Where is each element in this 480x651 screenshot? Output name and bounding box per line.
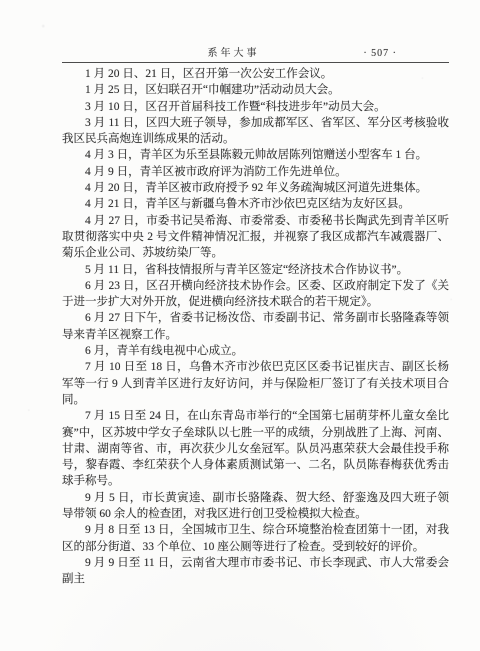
event-entry: 5 月 11 日，省科技情报所与青羊区签定“经济技术合作协议书”。 xyxy=(62,262,449,278)
event-entry: 3 月 10 日，区召开首届科技工作暨“科技进步年”动员大会。 xyxy=(62,99,449,115)
page-header: 系年大事 · 507 · xyxy=(62,44,449,63)
event-entry: 6 月 23 日，区召开横向经济技术协作会。区委、区政府制定下发了《关于进一步扩… xyxy=(62,278,449,311)
event-entry: 1 月 25 日，区妇联召开“巾帼建功”活动动员大会。 xyxy=(62,82,449,98)
event-entry: 4 月 21 日，青羊区与新疆乌鲁木齐市沙依巴克区结为友好区县。 xyxy=(62,196,449,212)
event-entry: 9 月 8 日至 13 日，全国城市卫生、综合环境整治检查团第十一团，对我区的部… xyxy=(62,522,449,555)
page-number: · 507 · xyxy=(363,48,397,59)
running-title: 系年大事 xyxy=(208,44,260,59)
event-entry: 6 月 27 日下午，省委书记杨汝岱、市委副书记、常务副市长骆隆森等领导来青羊区… xyxy=(62,310,449,343)
event-entry: 3 月 11 日，区四大班子领导，参加成都军区、省军区、军分区考核验收我区民兵高… xyxy=(62,115,449,148)
event-entry: 9 月 5 日，市长黄寅逵、副市长骆隆森、贺大经、舒銮逸及四大班子领导带领 60… xyxy=(62,490,449,523)
event-entry: 4 月 27 日，市委书记吴希海、市委常委、市委秘书长陶武先到青羊区听取贯彻落实… xyxy=(62,213,449,262)
event-entry: 1 月 20 日、21 日，区召开第一次公安工作会议。 xyxy=(62,66,449,82)
event-entry: 7 月 15 日至 24 日，在山东青岛市举行的“全国第七届萌芽杯儿童女垒比赛”… xyxy=(62,408,449,489)
event-entry: 4 月 20 日，青羊区被市政府授予 92 年义务疏淘城区河道先进集体。 xyxy=(62,180,449,196)
event-entry: 4 月 3 日，青羊区为乐至县陈毅元帅故居陈列馆赠送小型客车 1 台。 xyxy=(62,147,449,163)
event-entry: 6 月，青羊有线电视中心成立。 xyxy=(62,343,449,359)
event-entries: 1 月 20 日、21 日，区召开第一次公安工作会议。1 月 25 日，区妇联召… xyxy=(62,66,449,588)
event-entry: 4 月 9 日，青羊区被市政府评为消防工作先进单位。 xyxy=(62,164,449,180)
scanned-page: 系年大事 · 507 · 1 月 20 日、21 日，区召开第一次公安工作会议。… xyxy=(0,0,480,651)
event-entry: 7 月 10 日至 18 日，乌鲁木齐市沙依巴克区区委书记崔庆吉、副区长杨军等一… xyxy=(62,359,449,408)
event-entry: 9 月 9 日至 11 日，云南省大理市市委书记、市长李现武、市人大常委会副主 xyxy=(62,555,449,588)
